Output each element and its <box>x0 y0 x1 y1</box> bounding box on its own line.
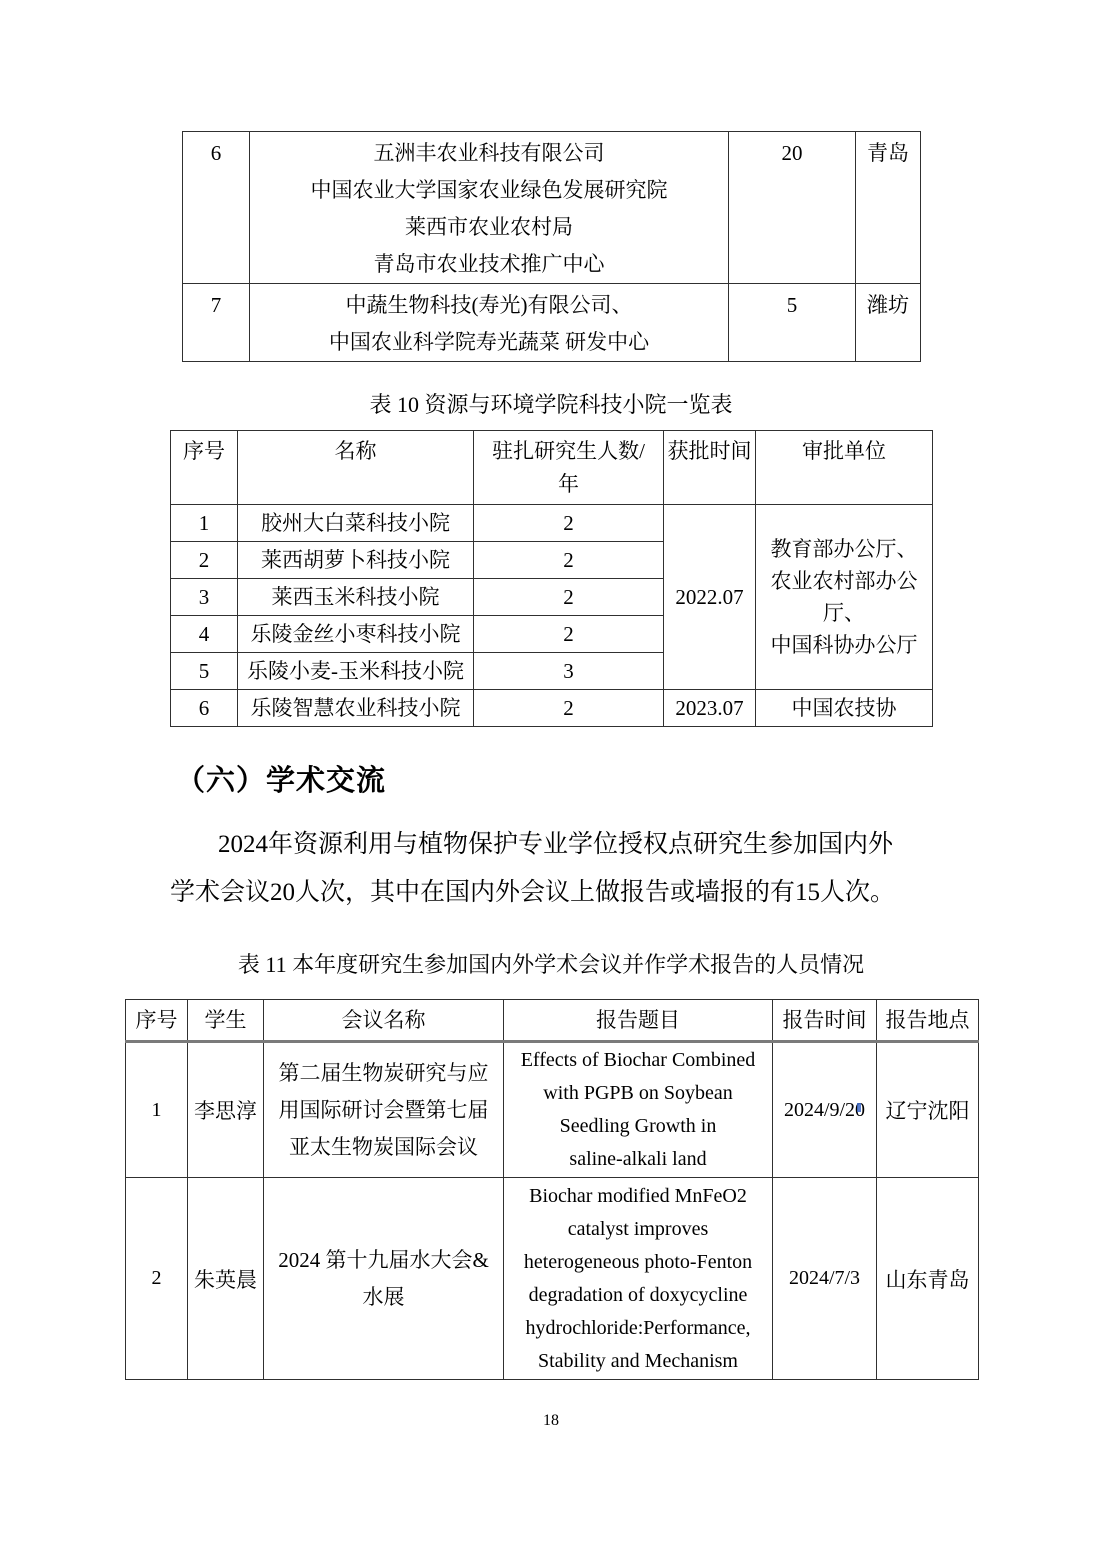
table-row: 2 朱英晨 2024 第十九届水大会& 水展 Biochar modified … <box>126 1178 979 1380</box>
table11: 序号 学生 会议名称 报告题目 报告时间 报告地点 1 李思淳 第二届生物炭研究… <box>125 999 979 1380</box>
conference-line: 亚太生物炭国际会议 <box>265 1129 502 1166</box>
table-row: 1 胶州大白菜科技小院 2 2022.07 教育部办公厅、 农业农村部办公 厅、… <box>171 505 933 542</box>
station-name: 胶州大白菜科技小院 <box>238 505 474 542</box>
table-row: 7 中蔬生物科技(寿光)有限公司、 中国农业科学院寿光蔬菜 研发中心 5 潍坊 <box>183 284 921 362</box>
row-no: 5 <box>171 653 238 690</box>
approval-time: 2023.07 <box>664 690 756 727</box>
unit-line: 厅、 <box>757 597 931 629</box>
paragraph-line: 学术会议20人次，其中在国内外会议上做报告或墙报的有15人次。 <box>170 869 970 917</box>
title-line: heterogeneous photo-Fenton <box>505 1246 771 1279</box>
unit-line: 农业农村部办公 <box>757 565 931 597</box>
partner-city: 潍坊 <box>856 284 921 362</box>
row-no: 4 <box>171 616 238 653</box>
col-header-date: 报告时间 <box>773 1000 877 1042</box>
org-line: 莱西市农业农村局 <box>250 209 728 246</box>
row-no: 3 <box>171 579 238 616</box>
row-no: 2 <box>171 542 238 579</box>
partner-student-count: 20 <box>729 132 856 284</box>
title-line: Stability and Mechanism <box>505 1345 771 1378</box>
page-number: 18 <box>0 1412 1102 1430</box>
title-line: degradation of doxycycline <box>505 1279 771 1312</box>
station-name: 莱西玉米科技小院 <box>238 579 474 616</box>
conference-line: 第二届生物炭研究与应 <box>265 1055 502 1092</box>
student-count: 2 <box>474 690 664 727</box>
header-line: 驻扎研究生人数/ <box>475 435 662 468</box>
col-header-unit: 审批单位 <box>756 431 933 505</box>
col-header-no: 序号 <box>171 431 238 505</box>
col-header-student: 学生 <box>188 1000 264 1042</box>
org-line: 青岛市农业技术推广中心 <box>250 246 728 283</box>
section-heading: （六）学术交流 <box>176 760 386 802</box>
unit-line: 中国科协办公厅 <box>757 629 931 661</box>
conference-line: 用国际研讨会暨第七届 <box>265 1092 502 1129</box>
partner-student-count: 5 <box>729 284 856 362</box>
col-header-title: 报告题目 <box>504 1000 773 1042</box>
table10-header-row: 序号 名称 驻扎研究生人数/ 年 获批时间 审批单位 <box>171 431 933 505</box>
document-page: 6 五洲丰农业科技有限公司 中国农业大学国家农业绿色发展研究院 莱西市农业农村局… <box>0 0 1102 1559</box>
unit-line: 教育部办公厅、 <box>757 533 931 565</box>
partner-org-cell: 五洲丰农业科技有限公司 中国农业大学国家农业绿色发展研究院 莱西市农业农村局 青… <box>250 132 729 284</box>
col-header-conference: 会议名称 <box>264 1000 504 1042</box>
student-count: 3 <box>474 653 664 690</box>
col-header-no: 序号 <box>126 1000 188 1042</box>
title-line: with PGPB on Soybean <box>505 1077 771 1110</box>
title-line: Seedling Growth in <box>505 1110 771 1143</box>
report-place: 辽宁沈阳 <box>877 1042 979 1178</box>
org-line: 中国农业科学院寿光蔬菜 研发中心 <box>250 324 728 361</box>
report-place: 山东青岛 <box>877 1178 979 1380</box>
student-name: 李思淳 <box>188 1042 264 1178</box>
title-line: catalyst improves <box>505 1213 771 1246</box>
conference-name: 2024 第十九届水大会& 水展 <box>264 1178 504 1380</box>
report-title: Biochar modified MnFeO2 catalyst improve… <box>504 1178 773 1380</box>
row-no: 1 <box>171 505 238 542</box>
table10-caption: 表 10 资源与环境学院科技小院一览表 <box>0 388 1102 419</box>
title-line: saline-alkali land <box>505 1143 771 1176</box>
conference-line: 2024 第十九届水大会& <box>265 1242 502 1279</box>
approval-time-merged: 2022.07 <box>664 505 756 690</box>
revision-mark <box>857 1103 861 1112</box>
station-name: 乐陵小麦-玉米科技小院 <box>238 653 474 690</box>
org-line: 中蔬生物科技(寿光)有限公司、 <box>250 287 728 324</box>
conference-line: 水展 <box>265 1279 502 1316</box>
conference-name: 第二届生物炭研究与应 用国际研讨会暨第七届 亚太生物炭国际会议 <box>264 1042 504 1178</box>
org-line: 中国农业大学国家农业绿色发展研究院 <box>250 172 728 209</box>
section-paragraph: 2024年资源利用与植物保护专业学位授权点研究生参加国内外 学术会议20人次，其… <box>170 821 970 917</box>
row-no: 6 <box>171 690 238 727</box>
station-name: 莱西胡萝卜科技小院 <box>238 542 474 579</box>
approval-unit: 中国农技协 <box>756 690 933 727</box>
student-count: 2 <box>474 542 664 579</box>
report-title: Effects of Biochar Combined with PGPB on… <box>504 1042 773 1178</box>
col-header-place: 报告地点 <box>877 1000 979 1042</box>
approval-unit-merged: 教育部办公厅、 农业农村部办公 厅、 中国科协办公厅 <box>756 505 933 690</box>
partner-city: 青岛 <box>856 132 921 284</box>
station-name: 乐陵金丝小枣科技小院 <box>238 616 474 653</box>
student-count: 2 <box>474 616 664 653</box>
title-line: Effects of Biochar Combined <box>505 1044 771 1077</box>
table10: 序号 名称 驻扎研究生人数/ 年 获批时间 审批单位 1 胶州大白菜科技小院 2… <box>170 430 933 727</box>
org-line: 五洲丰农业科技有限公司 <box>250 135 728 172</box>
table11-header-row: 序号 学生 会议名称 报告题目 报告时间 报告地点 <box>126 1000 979 1042</box>
report-date: 2024/7/3 <box>773 1178 877 1380</box>
row-no: 1 <box>126 1042 188 1178</box>
student-count: 2 <box>474 505 664 542</box>
student-name: 朱英晨 <box>188 1178 264 1380</box>
table11-caption: 表 11 本年度研究生参加国内外学术会议并作学术报告的人员情况 <box>0 948 1102 979</box>
table-row: 6 乐陵智慧农业科技小院 2 2023.07 中国农技协 <box>171 690 933 727</box>
row-no: 2 <box>126 1178 188 1380</box>
col-header-name: 名称 <box>238 431 474 505</box>
table-row: 6 五洲丰农业科技有限公司 中国农业大学国家农业绿色发展研究院 莱西市农业农村局… <box>183 132 921 284</box>
paragraph-line: 2024年资源利用与植物保护专业学位授权点研究生参加国内外 <box>170 821 970 869</box>
student-count: 2 <box>474 579 664 616</box>
col-header-students: 驻扎研究生人数/ 年 <box>474 431 664 505</box>
partner-org-cell: 中蔬生物科技(寿光)有限公司、 中国农业科学院寿光蔬菜 研发中心 <box>250 284 729 362</box>
header-line: 年 <box>475 468 662 501</box>
partner-table: 6 五洲丰农业科技有限公司 中国农业大学国家农业绿色发展研究院 莱西市农业农村局… <box>182 131 921 362</box>
title-line: Biochar modified MnFeO2 <box>505 1180 771 1213</box>
col-header-time: 获批时间 <box>664 431 756 505</box>
partner-row-no: 6 <box>183 132 250 284</box>
station-name: 乐陵智慧农业科技小院 <box>238 690 474 727</box>
partner-row-no: 7 <box>183 284 250 362</box>
title-line: hydrochloride:Performance, <box>505 1312 771 1345</box>
table-row: 1 李思淳 第二届生物炭研究与应 用国际研讨会暨第七届 亚太生物炭国际会议 Ef… <box>126 1042 979 1178</box>
